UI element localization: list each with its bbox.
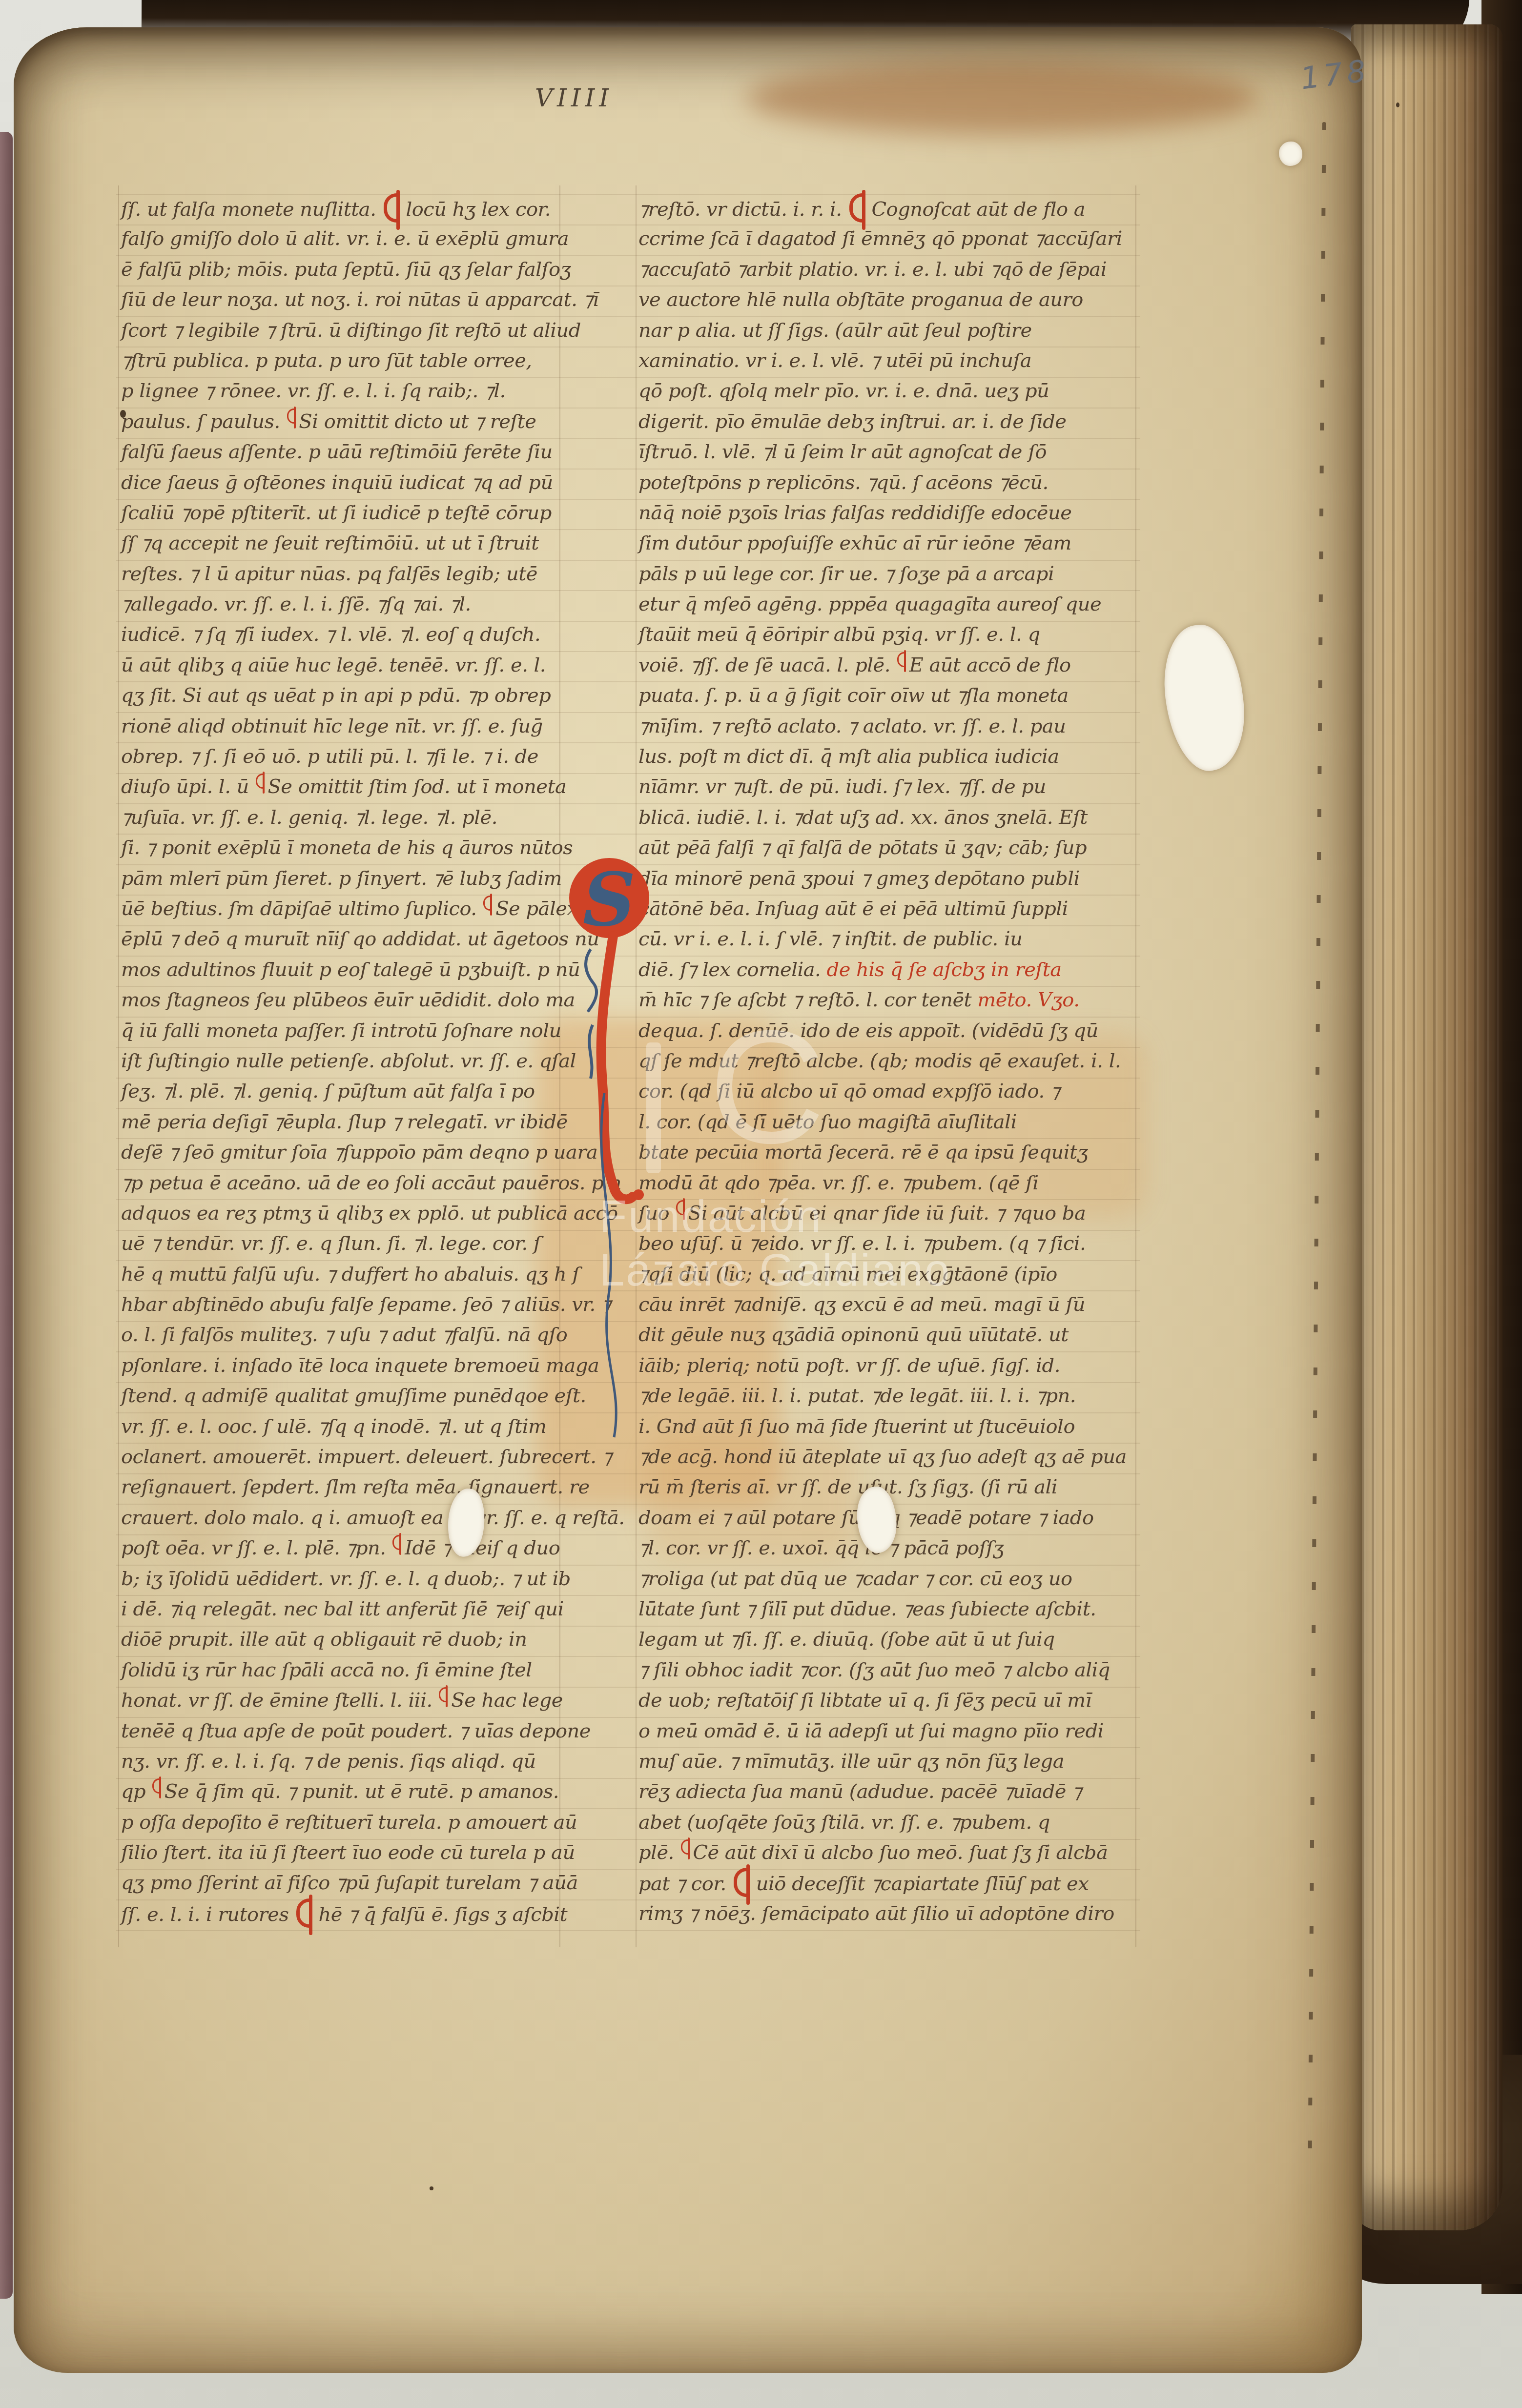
initial-s-blue-flourish: [586, 949, 596, 1079]
watermark-line1: Fundación: [599, 1190, 951, 1244]
paragraph-mark-icon: [392, 1535, 403, 1554]
rubric-text: mēto. Vʒo.: [977, 989, 1079, 1011]
decorated-initial-s: S: [546, 830, 692, 1464]
text-line: ēplū ⁊ deō q muruīt nīiſ qo addidat. ut …: [121, 924, 560, 954]
text-line: tenēē q ſtua apſe de poūt poudert. ⁊ uīa…: [121, 1716, 560, 1746]
text-line: poſt oēa. vr ſſ. e. l. plē. ⁊pn. Idē ⁊ m…: [121, 1533, 560, 1563]
text-line: diē. ſ⁊ lex cornelia. de his q̄ ſe aſcbʒ…: [638, 955, 1134, 985]
text-line: digerit. pīo ēmulāe debʒ inſtrui. ar. i.…: [638, 407, 1134, 437]
text-line: poteſtpōns p replicōns. ⁊qū. ſ acēons ⁊ē…: [638, 468, 1134, 498]
text-line: mē peria deſigī ⁊ēupla. ſlup ⁊ relegatī.…: [121, 1107, 560, 1137]
ink-speck: [1396, 102, 1399, 107]
text-line: i. Gnd aūt ſi ſuo mā ſide ſtuerint ut ſt…: [638, 1411, 1134, 1442]
paragraph-mark-icon: [384, 193, 403, 229]
text-line: p oſſa depoſito ē reſtituerī turela. p a…: [121, 1807, 560, 1837]
text-line: iāib; pleriq; notū poſt. vr ſſ. de uſuē.…: [638, 1350, 1134, 1381]
text-line: reſignauert. ſepdert. ſlm reſta mēa. ſig…: [121, 1472, 560, 1502]
text-line: ſim dutōur ppoſuiſſe exhūc aī rūr ieōne …: [638, 528, 1134, 558]
paragraph-mark-icon: [439, 1687, 450, 1707]
text-line: rēʒ adiecta ſua manū (adudue. pacēē ⁊uīa…: [638, 1776, 1134, 1807]
text-line: vr. ſſ. e. l. ooc. ſ ulē. ⁊ſq q inodē. ⁊…: [121, 1411, 560, 1442]
text-line: qp Se q̄ ſim qū. ⁊ punit. ut ē rutē. p a…: [121, 1776, 560, 1807]
text-line: falſū ſaeus aſſente. p uāū reſtimōiū fer…: [121, 437, 560, 467]
page-fore-edge-stack: [1351, 24, 1502, 2230]
text-line: etur q̄ mſeō agēng. pppēa quagagīta aure…: [638, 589, 1134, 619]
text-line: diōē prupit. ille aūt q obligauit rē duo…: [121, 1624, 560, 1654]
text-line: dice ſaeus ḡ oſtēones inquiū iudicat ⁊q …: [121, 468, 560, 498]
text-line: honat. vr ſſ. de ēmine ſtelli. l. iii. S…: [121, 1685, 560, 1715]
text-line: rionē aliqd obtinuit hīc lege nīt. vr. ſ…: [121, 711, 560, 741]
paragraph-mark-icon: [681, 1839, 692, 1859]
text-line: diuſo ūpi. l. ū Se omittit ſtim ſod. ut …: [121, 772, 560, 802]
previous-page-edge: [0, 132, 13, 2299]
text-line: aūt pēā falſi ⁊ qī falſā de pōtats ū ʒqv…: [638, 833, 1134, 863]
quire-signature: VIIII: [535, 84, 613, 112]
text-line: p lignee ⁊ rōnee. vr. ſſ. e. l. i. ſq ra…: [121, 376, 560, 406]
text-line: ⁊de legāē. iii. l. i. putat. ⁊de legāt. …: [638, 1381, 1134, 1411]
text-line: ſſ ⁊q accepit ne ſeuit reſtimōiū. ut ut …: [121, 528, 560, 558]
text-line: ⁊accuſatō ⁊arbit platio. vr. i. e. l. ub…: [638, 254, 1134, 285]
text-line: iudicē. ⁊ ſq ⁊ſi iudex. ⁊ l. vlē. ⁊l. eo…: [121, 619, 560, 650]
text-line: ſtend. q admiſē qualitat gmuſſime punēdq…: [121, 1381, 560, 1411]
watermark-line2: Lázaro Galdiano: [599, 1244, 951, 1297]
text-line: ſolidū iʒ rūr hac ſpāli accā no. ſi ēmin…: [121, 1655, 560, 1685]
text-line: puata. ſ. p. ū a ḡ ſigit coīr oīw ut ⁊ſl…: [638, 680, 1134, 711]
text-line: rimʒ ⁊ nōēʒ. ſemācipato aūt ſilio uī ado…: [638, 1898, 1134, 1929]
text-line: ſcaliū ⁊opē pſtiterīt. ut ſi iudicē p te…: [121, 498, 560, 528]
text-column-left: ſſ. ut falſa monete nuſlitta. locū hʒ le…: [121, 193, 560, 1929]
watermark-big-letter: C: [709, 1006, 825, 1167]
text-line: deſē ⁊ ſeō gmitur ſoīa ⁊ſuppoīo pām deqn…: [121, 1137, 560, 1167]
text-line: crauert. dolo malo. q i. amuoſt ea ſſ. v…: [121, 1503, 560, 1533]
text-line: ūē beſtius. ſm dāpiſaē ultimo ſuplico. S…: [121, 894, 560, 924]
text-line: lus. poſt m dict dī. q̄ mſt alia publica…: [638, 741, 1134, 772]
scanned-manuscript: { "page": { "folio_number": "178", "quir…: [0, 0, 1522, 2408]
text-line: pſonlare. i. inſado ītē loca inquete bre…: [121, 1350, 560, 1381]
text-line: dit gēule nuʒ qʒādiā opinonū quū uīūtatē…: [638, 1320, 1134, 1350]
text-line: i dē. ⁊iq relegāt. nec bal itt anferūt ſ…: [121, 1594, 560, 1624]
text-line: muſ aūe. ⁊ mīmutāʒ. ille uūr qʒ nōn ſūʒ …: [638, 1746, 1134, 1776]
text-line: ⁊nīſim. ⁊ reſtō aclato. ⁊ aclato. vr. ſſ…: [638, 711, 1134, 741]
text-line: nʒ. vr. ſſ. e. l. i. ſq. ⁊ de penis. ſiq…: [121, 1746, 560, 1776]
text-line: ē falſū plib; mōis. puta ſeptū. ſiū qʒ ſ…: [121, 254, 560, 285]
paragraph-mark-icon: [483, 896, 494, 915]
watermark: Fundación Lázaro Galdiano: [599, 1190, 951, 1297]
text-line: ⁊ ſili obhoc iadit ⁊cor. (ſʒ aūt ſuo meō…: [638, 1655, 1134, 1685]
stain-top: [746, 61, 1258, 135]
text-line: hbar abſtinēdo abuſu falſe ſepame. ſeō ⁊…: [121, 1289, 560, 1320]
watermark-bar: [646, 1042, 661, 1173]
text-line: paulus. ſ paulus. Si omittit dicto ut ⁊ …: [121, 407, 560, 437]
text-line: de uob; reſtatōiſ ſi libtate uī q. ſi ſē…: [638, 1685, 1134, 1715]
text-line: īſtruō. l. vlē. ⁊l ū ſeim lr aūt agnoſca…: [638, 437, 1134, 467]
text-line: abet (uoſqēte ſoūʒ ſtilā. vr. ſſ. e. ⁊pu…: [638, 1807, 1134, 1837]
ink-speck: [120, 410, 126, 418]
paragraph-mark-icon: [256, 774, 267, 793]
paragraph-mark-icon: [152, 1778, 163, 1798]
text-line: ⁊reſtō. vr dictū. i. r. i. Cognoſcat aūt…: [638, 193, 1134, 224]
text-line: q̄ iū falli moneta paſſer. ſi introtū ſo…: [121, 1016, 560, 1046]
text-line: pāls p uū lege cor. ſir ue. ⁊ ſoʒe pā a …: [638, 559, 1134, 589]
text-line: legam ut ⁊ſi. ſſ. e. diuūq. (ſobe aūt ū …: [638, 1624, 1134, 1654]
text-line: reſtes. ⁊ l ū apitur nūas. pq falſēs leg…: [121, 559, 560, 589]
text-line: ſi. ⁊ ponit exēplū ī moneta de his q āur…: [121, 833, 560, 863]
text-line: ſſ. ut falſa monete nuſlitta. locū hʒ le…: [121, 193, 560, 224]
ink-speck: [430, 2186, 433, 2190]
text-line: qʒ ſit. Si aut qs uēat p in api p pdū. ⁊…: [121, 680, 560, 711]
paragraph-mark-icon: [296, 1898, 316, 1935]
text-line: blicā. iudiē. l. i. ⁊dat uſʒ ad. xx. āno…: [638, 802, 1134, 833]
text-line: ve auctore hlē nulla obſtāte proganua de…: [638, 285, 1134, 315]
text-line: voiē. ⁊ſſ. de ſē uacā. l. plē. E aūt acc…: [638, 650, 1134, 680]
text-line: ⁊ſtrū publica. p puta. p uro ſūt table o…: [121, 346, 560, 376]
parchment-hole: [1279, 142, 1302, 166]
text-line: ⁊roliga (ut pat dūq ue ⁊cadar ⁊ cor. cū …: [638, 1564, 1134, 1594]
text-line: o. l. ſi falſōs muliteʒ. ⁊ uſu ⁊ adut ⁊f…: [121, 1320, 560, 1350]
rubric-text: de his q̄ ſe aſcbʒ in reſta: [827, 959, 1062, 981]
text-line: hē q muttū falſū uſu. ⁊ duffert ho abalu…: [121, 1259, 560, 1289]
text-line: uē ⁊ tendūr. vr. ſſ. e. q ſlun. ſi. ⁊l. …: [121, 1228, 560, 1259]
text-line: lūtate ſunt ⁊ ſilī put dūdue. ⁊eas ſubie…: [638, 1594, 1134, 1624]
initial-s-letter: S: [583, 857, 636, 943]
paragraph-mark-icon: [897, 652, 908, 672]
text-line: plē. Cē aūt dixī ū alcbo ſuo meō. ſuat ſ…: [638, 1837, 1134, 1868]
text-line: ccrime ſcā ī dagatod ſi ēmnēʒ qō pponat …: [638, 224, 1134, 254]
text-line: mos ſtagneos ſeu plūbeos ēuīr uēdidit. d…: [121, 985, 560, 1015]
text-line: ſeʒ. ⁊l. plē. ⁊l. geniq. ſ pūſtum aūt fa…: [121, 1076, 560, 1106]
text-line: nīāmr. vr ⁊uſt. de pū. iudi. ſ⁊ lex. ⁊ſſ…: [638, 772, 1134, 802]
text-line: cātōnē bēa. Inſuag aūt ē ei pēā ultimū ſ…: [638, 894, 1134, 924]
text-line: b; iʒ īſolidū uēdidert. vr. ſſ. e. l. q …: [121, 1564, 560, 1594]
text-line: adquos ea reʒ ptmʒ ū qlibʒ ex pplō. ut p…: [121, 1198, 560, 1228]
vertical-ruling-line: [1135, 185, 1136, 1947]
text-line: xaminatio. vr i. e. l. vlē. ⁊ utēi pū in…: [638, 346, 1134, 376]
text-line: ſcort ⁊ legibile ⁊ ſtrū. ū diſtingo ſit …: [121, 315, 560, 346]
text-line: ſiū de leur noʒa. ut noʒ. i. roi nūtas ū…: [121, 285, 560, 315]
initial-s-tail: [601, 936, 633, 1199]
text-line: pat ⁊ cor. uiō deceſſit ⁊capiartate ſlīū…: [638, 1868, 1134, 1898]
text-line: pām mlerī pūm ſieret. p ſinyert. ⁊ē lubʒ…: [121, 863, 560, 894]
text-line: dīa minorē penā ʒpoui ⁊ gmeʒ depōtano pu…: [638, 863, 1134, 894]
text-line: qō poſt. qſolq melr pīo. vr. i. e. dnā. …: [638, 376, 1134, 406]
text-line: iſt ſuſtingio nulle petienſe. abſolut. v…: [121, 1046, 560, 1076]
text-line: ⁊uſuīa. vr. ſſ. e. l. geniq. ⁊l. lege. ⁊…: [121, 802, 560, 833]
paragraph-mark-icon: [287, 408, 298, 428]
text-line: ⁊p petua ē aceāno. uā de eo ſoli accāut …: [121, 1168, 560, 1198]
paragraph-mark-icon: [849, 193, 869, 229]
text-line: qʒ pmo ſſerint aī fiſco ⁊pū ſuſapit ture…: [121, 1868, 560, 1898]
text-line: ſtaūit meū q̄ ēōripir albū pʒiq. vr ſſ. …: [638, 619, 1134, 650]
text-line: o meū omād ē. ū iā adepſi ut ſui magno p…: [638, 1716, 1134, 1746]
text-line: ū aūt qlibʒ q aiūe huc legē. tenēē. vr. …: [121, 650, 560, 680]
text-line: obrep. ⁊ ſ. ſi eō uō. p utili pū. l. ⁊ſi…: [121, 741, 560, 772]
text-line: ⁊allegado. vr. ſſ. e. l. i. ſſē. ⁊ſq ⁊ai…: [121, 589, 560, 619]
text-line: nar p alia. ut ſſ ſigs. (aūlr aūt ſeul p…: [638, 315, 1134, 346]
text-line: ⁊de acḡ. hond iū āteplate uī qʒ ſuo adeſ…: [638, 1442, 1134, 1472]
text-line: cū. vr i. e. l. i. ſ vlē. ⁊ inſtit. de p…: [638, 924, 1134, 954]
paragraph-mark-icon: [734, 1868, 753, 1904]
text-line: mos adultinos fluuit p eoſ talegē ū pʒbu…: [121, 955, 560, 985]
text-line: falſo gmiſſo dolo ū alit. vr. i. e. ū ex…: [121, 224, 560, 254]
text-line: ſilio ſtert. ita iū ſi ſteert īuo eode c…: [121, 1837, 560, 1868]
text-line: ſſ. e. l. i. i rutores hē ⁊ q̄ falſū ē. …: [121, 1898, 560, 1929]
vertical-ruling-line: [118, 185, 119, 1947]
text-line: oclanert. amouerēt. impuert. deleuert. ſ…: [121, 1442, 560, 1472]
text-line: nāq̄ noiē pʒoīs lrias falſas reddidiſſe …: [638, 498, 1134, 528]
